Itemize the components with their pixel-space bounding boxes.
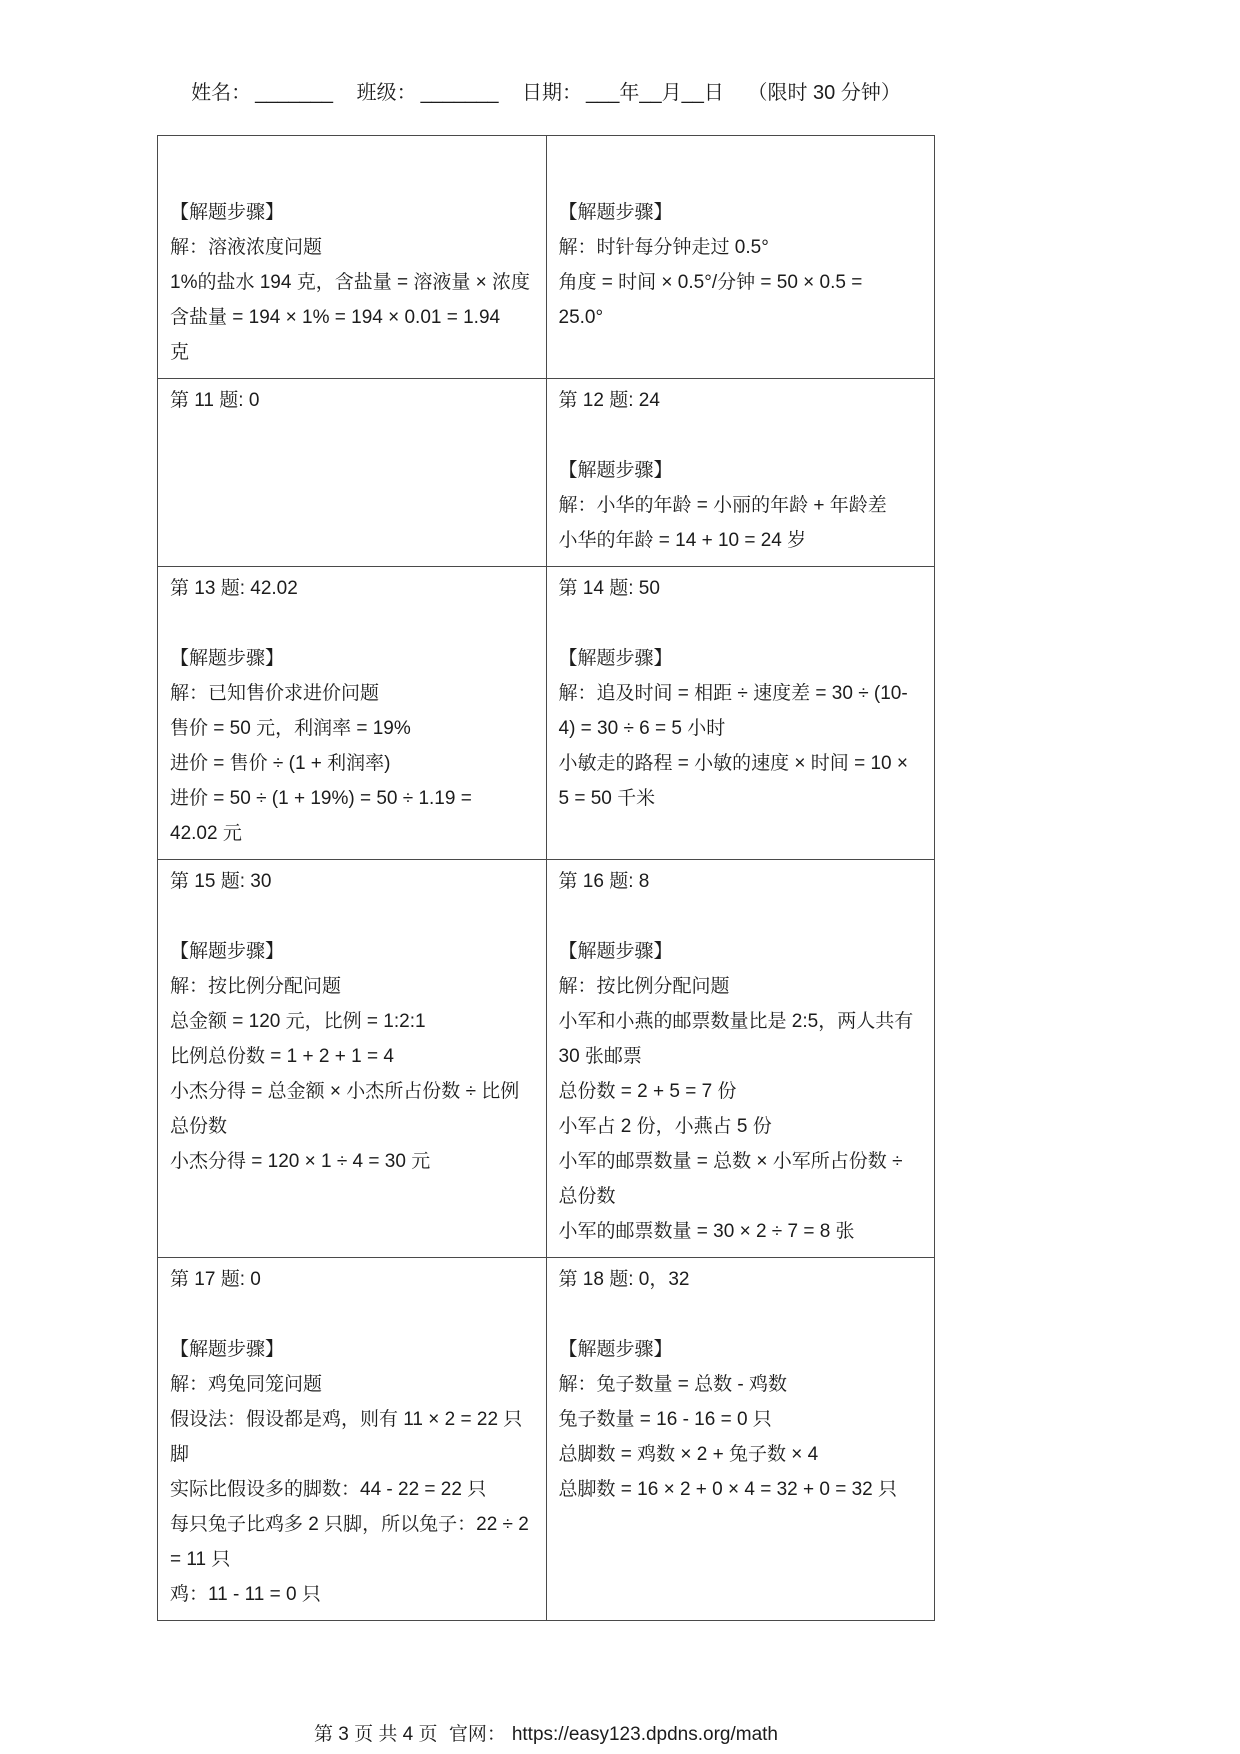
solution-step-line: 进价 = 50 ÷ (1 + 19%) = 50 ÷ 1.19 = — [170, 781, 534, 816]
answer-cell-q16: 第 16 题: 8 【解题步骤】 解：按比例分配问题小军和小燕的邮票数量比是 2… — [546, 860, 935, 1258]
solution-step-line: 小杰分得 = 120 × 1 ÷ 4 = 30 元 — [170, 1144, 534, 1179]
solution-step-line: 每只兔子比鸡多 2 只脚，所以兔子：22 ÷ 2 — [170, 1507, 534, 1542]
solution-step-line: 小军占 2 份，小燕占 5 份 — [559, 1109, 923, 1144]
solution-step-line: 小杰分得 = 总金额 × 小杰所占份数 ÷ 比例 — [170, 1074, 534, 1109]
solution-step-line: 小华的年龄 = 14 + 10 = 24 岁 — [559, 523, 923, 558]
solution-step-line: 5 = 50 千米 — [559, 781, 923, 816]
solution-steps: 解：已知售价求进价问题售价 = 50 元，利润率 = 19%进价 = 售价 ÷ … — [170, 676, 534, 851]
class-blank: _______ — [421, 82, 499, 104]
table-row: 第 17 题: 0 【解题步骤】 解：鸡兔同笼问题假设法：假设都是鸡，则有 11… — [158, 1258, 935, 1621]
steps-title: 【解题步骤】 — [559, 1332, 923, 1367]
name-label: 姓名： — [191, 82, 251, 104]
table-row: 第 13 题: 42.02 【解题步骤】 解：已知售价求进价问题售价 = 50 … — [158, 567, 935, 860]
class-label: 班级： — [357, 82, 417, 104]
name-field-group: 姓名：_______ — [191, 82, 333, 104]
solution-step-line: 解：追及时间 = 相距 ÷ 速度差 = 30 ÷ (10- — [559, 676, 923, 711]
steps-title: 【解题步骤】 — [559, 453, 923, 488]
steps-title: 【解题步骤】 — [559, 195, 923, 230]
solution-step-line: 售价 = 50 元，利润率 = 19% — [170, 711, 534, 746]
solution-step-line: 30 张邮票 — [559, 1039, 923, 1074]
solution-steps: 解：按比例分配问题总金额 = 120 元，比例 = 1:2:1比例总份数 = 1… — [170, 969, 534, 1179]
site-url: https://easy123.dpdns.org/math — [512, 1724, 778, 1745]
blank-line — [559, 1297, 923, 1332]
answer-cell-q14: 第 14 题: 50 【解题步骤】 解：追及时间 = 相距 ÷ 速度差 = 30… — [546, 567, 935, 860]
table-row: 【解题步骤】 解：溶液浓度问题1%的盐水 194 克，含盐量 = 溶液量 × 浓… — [158, 136, 935, 379]
solution-step-line: 假设法：假设都是鸡，则有 11 × 2 = 22 只 — [170, 1402, 534, 1437]
solution-step-line: 解：已知售价求进价问题 — [170, 676, 534, 711]
solution-step-line: 解：时针每分钟走过 0.5° — [559, 230, 923, 265]
solution-step-line: 1%的盐水 194 克，含盐量 = 溶液量 × 浓度 — [170, 265, 534, 300]
worksheet-page: 姓名：_______ 班级：_______ 日期：___年__月__日 （限时 … — [157, 0, 935, 1746]
solution-steps: 解：鸡兔同笼问题假设法：假设都是鸡，则有 11 × 2 = 22 只脚实际比假设… — [170, 1367, 534, 1612]
answers-table: 【解题步骤】 解：溶液浓度问题1%的盐水 194 克，含盐量 = 溶液量 × 浓… — [157, 135, 935, 1621]
solution-steps: 解：追及时间 = 相距 ÷ 速度差 = 30 ÷ (10-4) = 30 ÷ 6… — [559, 676, 923, 816]
steps-title: 【解题步骤】 — [559, 641, 923, 676]
answer-line: 第 11 题: 0 — [170, 383, 534, 418]
blank-line — [559, 418, 923, 453]
solution-step-line: 比例总份数 = 1 + 2 + 1 = 4 — [170, 1039, 534, 1074]
answer-cell-q15: 第 15 题: 30 【解题步骤】 解：按比例分配问题总金额 = 120 元，比… — [158, 860, 547, 1258]
answer-cell-q18: 第 18 题: 0，32 【解题步骤】 解：兔子数量 = 总数 - 鸡数兔子数量… — [546, 1258, 935, 1621]
date-label: 日期： — [522, 82, 582, 104]
answer-line: 第 16 题: 8 — [559, 864, 923, 899]
steps-title: 【解题步骤】 — [170, 934, 534, 969]
solution-steps: 解：溶液浓度问题1%的盐水 194 克，含盐量 = 溶液量 × 浓度含盐量 = … — [170, 230, 534, 370]
solution-steps: 解：时针每分钟走过 0.5°角度 = 时间 × 0.5°/分钟 = 50 × 0… — [559, 230, 923, 335]
solution-step-line: 小敏走的路程 = 小敏的速度 × 时间 = 10 × — [559, 746, 923, 781]
solution-step-line: 克 — [170, 335, 534, 370]
answer-line: 第 12 题: 24 — [559, 383, 923, 418]
blank-line — [559, 606, 923, 641]
page-number: 第 3 页 共 4 页 — [314, 1724, 438, 1745]
solution-step-line: 角度 = 时间 × 0.5°/分钟 = 50 × 0.5 = — [559, 265, 923, 300]
solution-step-line: 小军的邮票数量 = 30 × 2 ÷ 7 = 8 张 — [559, 1214, 923, 1249]
steps-title: 【解题步骤】 — [559, 934, 923, 969]
solution-step-line: 兔子数量 = 16 - 16 = 0 只 — [559, 1402, 923, 1437]
steps-title: 【解题步骤】 — [170, 195, 534, 230]
continued-solution-cell-left: 【解题步骤】 解：溶液浓度问题1%的盐水 194 克，含盐量 = 溶液量 × 浓… — [158, 136, 547, 379]
site-label: 官网： — [449, 1724, 506, 1745]
solution-step-line: 总份数 = 2 + 5 = 7 份 — [559, 1074, 923, 1109]
continued-solution-cell-right: 【解题步骤】 解：时针每分钟走过 0.5°角度 = 时间 × 0.5°/分钟 =… — [546, 136, 935, 379]
solution-step-line: 解：溶液浓度问题 — [170, 230, 534, 265]
solution-steps: 解：按比例分配问题小军和小燕的邮票数量比是 2:5，两人共有30 张邮票总份数 … — [559, 969, 923, 1249]
blank-line — [170, 1297, 534, 1332]
solution-step-line: 总脚数 = 16 × 2 + 0 × 4 = 32 + 0 = 32 只 — [559, 1472, 923, 1507]
name-blank: _______ — [255, 82, 333, 104]
solution-step-line: 鸡：11 - 11 = 0 只 — [170, 1577, 534, 1612]
solution-step-line: 4) = 30 ÷ 6 = 5 小时 — [559, 711, 923, 746]
solution-step-line: = 11 只 — [170, 1542, 534, 1577]
blank-line — [170, 160, 534, 195]
worksheet-header: 姓名：_______ 班级：_______ 日期：___年__月__日 （限时 … — [157, 0, 935, 105]
solution-step-line: 解：兔子数量 = 总数 - 鸡数 — [559, 1367, 923, 1402]
solution-step-line: 42.02 元 — [170, 816, 534, 851]
solution-step-line: 含盐量 = 194 × 1% = 194 × 0.01 = 1.94 — [170, 300, 534, 335]
solution-step-line: 总脚数 = 鸡数 × 2 + 兔子数 × 4 — [559, 1437, 923, 1472]
answer-line: 第 18 题: 0，32 — [559, 1262, 923, 1297]
blank-line — [559, 899, 923, 934]
answer-line: 第 13 题: 42.02 — [170, 571, 534, 606]
blank-line — [170, 899, 534, 934]
blank-line — [559, 160, 923, 195]
answer-cell-q12: 第 12 题: 24 【解题步骤】 解：小华的年龄 = 小丽的年龄 + 年龄差小… — [546, 379, 935, 567]
solution-step-line: 小军和小燕的邮票数量比是 2:5，两人共有 — [559, 1004, 923, 1039]
solution-step-line: 实际比假设多的脚数：44 - 22 = 22 只 — [170, 1472, 534, 1507]
table-row: 第 11 题: 0 第 12 题: 24 【解题步骤】 解：小华的年龄 = 小丽… — [158, 379, 935, 567]
page-footer: 第 3 页 共 4 页 官网：https://easy123.dpdns.org… — [157, 1719, 935, 1746]
solution-step-line: 小军的邮票数量 = 总数 × 小军所占份数 ÷ — [559, 1144, 923, 1179]
solution-step-line: 解：小华的年龄 = 小丽的年龄 + 年龄差 — [559, 488, 923, 523]
steps-title: 【解题步骤】 — [170, 641, 534, 676]
solution-step-line: 解：按比例分配问题 — [559, 969, 923, 1004]
solution-step-line: 总份数 — [170, 1109, 534, 1144]
date-blank: ___年__月__日 — [586, 82, 724, 104]
solution-step-line: 进价 = 售价 ÷ (1 + 利润率) — [170, 746, 534, 781]
answer-cell-q17: 第 17 题: 0 【解题步骤】 解：鸡兔同笼问题假设法：假设都是鸡，则有 11… — [158, 1258, 547, 1621]
solution-step-line: 总份数 — [559, 1179, 923, 1214]
date-field-group: 日期：___年__月__日 — [522, 82, 724, 104]
answer-line: 第 15 题: 30 — [170, 864, 534, 899]
solution-step-line: 总金额 = 120 元，比例 = 1:2:1 — [170, 1004, 534, 1039]
answer-cell-q11: 第 11 题: 0 — [158, 379, 547, 567]
steps-title: 【解题步骤】 — [170, 1332, 534, 1367]
solution-step-line: 25.0° — [559, 300, 923, 335]
solution-steps: 解：小华的年龄 = 小丽的年龄 + 年龄差小华的年龄 = 14 + 10 = 2… — [559, 488, 923, 558]
answer-line: 第 14 题: 50 — [559, 571, 923, 606]
blank-line — [170, 606, 534, 641]
answer-line: 第 17 题: 0 — [170, 1262, 534, 1297]
solution-step-line: 脚 — [170, 1437, 534, 1472]
table-row: 第 15 题: 30 【解题步骤】 解：按比例分配问题总金额 = 120 元，比… — [158, 860, 935, 1258]
answer-cell-q13: 第 13 题: 42.02 【解题步骤】 解：已知售价求进价问题售价 = 50 … — [158, 567, 547, 860]
solution-step-line: 解：鸡兔同笼问题 — [170, 1367, 534, 1402]
time-limit-note: （限时 30 分钟） — [747, 82, 900, 104]
class-field-group: 班级：_______ — [357, 82, 499, 104]
solution-steps: 解：兔子数量 = 总数 - 鸡数兔子数量 = 16 - 16 = 0 只总脚数 … — [559, 1367, 923, 1507]
solution-step-line: 解：按比例分配问题 — [170, 969, 534, 1004]
